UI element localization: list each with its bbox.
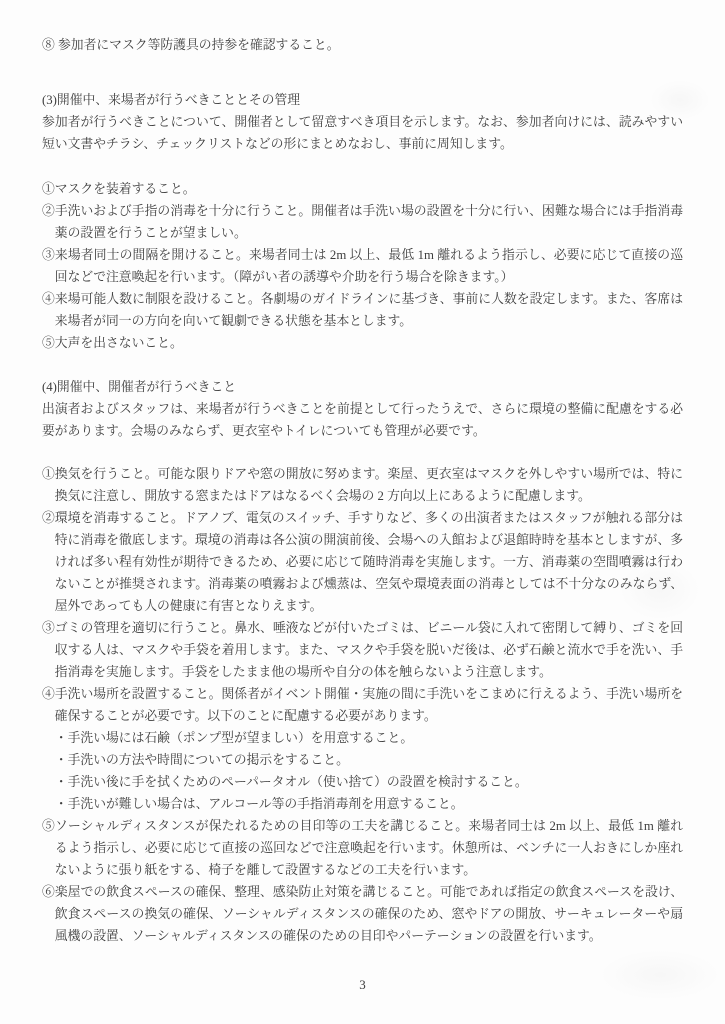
sub-bullet: ・手洗いが難しい場合は、アルコール等の手指消毒剤を用意すること。: [42, 793, 683, 815]
list-item: ②環境を消毒すること。ドアノブ、電気のスイッチ、手すりなど、多くの出演者またはス…: [42, 507, 683, 617]
list-item: ⑤大声を出さないこと。: [42, 332, 683, 354]
page-number: 3: [0, 974, 725, 996]
section-3: (3)開催中、来場者が行うべきこととその管理 参加者が行うべきことについて、開催…: [42, 89, 683, 354]
document-page: ⑧ 参加者にマスク等防護具の持参を確認すること。 (3)開催中、来場者が行うべき…: [0, 0, 725, 1024]
sub-bullet: ・手洗い後に手を拭くためのペーパータオル（使い捨て）の設置を検討すること。: [42, 771, 683, 793]
sub-bullet: ・手洗いの方法や時間についての掲示をすること。: [42, 749, 683, 771]
list-item: ⑥楽屋での飲食スペースの確保、整理、感染防止対策を講じること。可能であれば指定の…: [42, 881, 683, 947]
section-3-list: ①マスクを装着すること。 ②手洗いおよび手指の消毒を十分に行うこと。開催者は手洗…: [42, 178, 683, 354]
list-item: ①換気を行うこと。可能な限りドアや窓の開放に努めます。楽屋、更衣室はマスクを外し…: [42, 463, 683, 507]
section-4-list: ①換気を行うこと。可能な限りドアや窓の開放に努めます。楽屋、更衣室はマスクを外し…: [42, 463, 683, 947]
list-item: ③ゴミの管理を適切に行うこと。鼻水、唾液などが付いたゴミは、ビニール袋に入れて密…: [42, 617, 683, 683]
page-content: ⑧ 参加者にマスク等防護具の持参を確認すること。 (3)開催中、来場者が行うべき…: [42, 34, 683, 947]
section-3-intro: 参加者が行うべきことについて、開催者として留意すべき項目を示します。なお、参加者…: [42, 111, 683, 155]
list-item: ②手洗いおよび手指の消毒を十分に行うこと。開催者は手洗い場の設置を十分に行い、困…: [42, 200, 683, 244]
sub-bullet: ・手洗い場には石鹸（ポンプ型が望ましい）を用意すること。: [42, 727, 683, 749]
list-item: ④来場可能人数に制限を設けること。各劇場のガイドラインに基づき、事前に人数を設定…: [42, 288, 683, 332]
list-item: ④手洗い場所を設置すること。関係者がイベント開催・実施の間に手洗いをこまめに行え…: [42, 683, 683, 727]
section-3-heading: (3)開催中、来場者が行うべきこととその管理: [42, 89, 683, 111]
list-item: ③来場者同士の間隔を開けること。来場者同士は 2m 以上、最低 1m 離れるよう…: [42, 244, 683, 288]
list-item: ①マスクを装着すること。: [42, 178, 683, 200]
list-item: ⑤ソーシャルディスタンスが保たれるための目印等の工夫を講じること。来場者同士は …: [42, 815, 683, 881]
prelude-item-8: ⑧ 参加者にマスク等防護具の持参を確認すること。: [42, 34, 683, 56]
section-4-heading: (4)開催中、開催者が行うべきこと: [42, 376, 683, 398]
section-4: (4)開催中、開催者が行うべきこと 出演者およびスタッフは、来場者が行うべきこと…: [42, 376, 683, 947]
section-4-intro: 出演者およびスタッフは、来場者が行うべきことを前提として行ったうえで、さらに環境…: [42, 398, 683, 442]
